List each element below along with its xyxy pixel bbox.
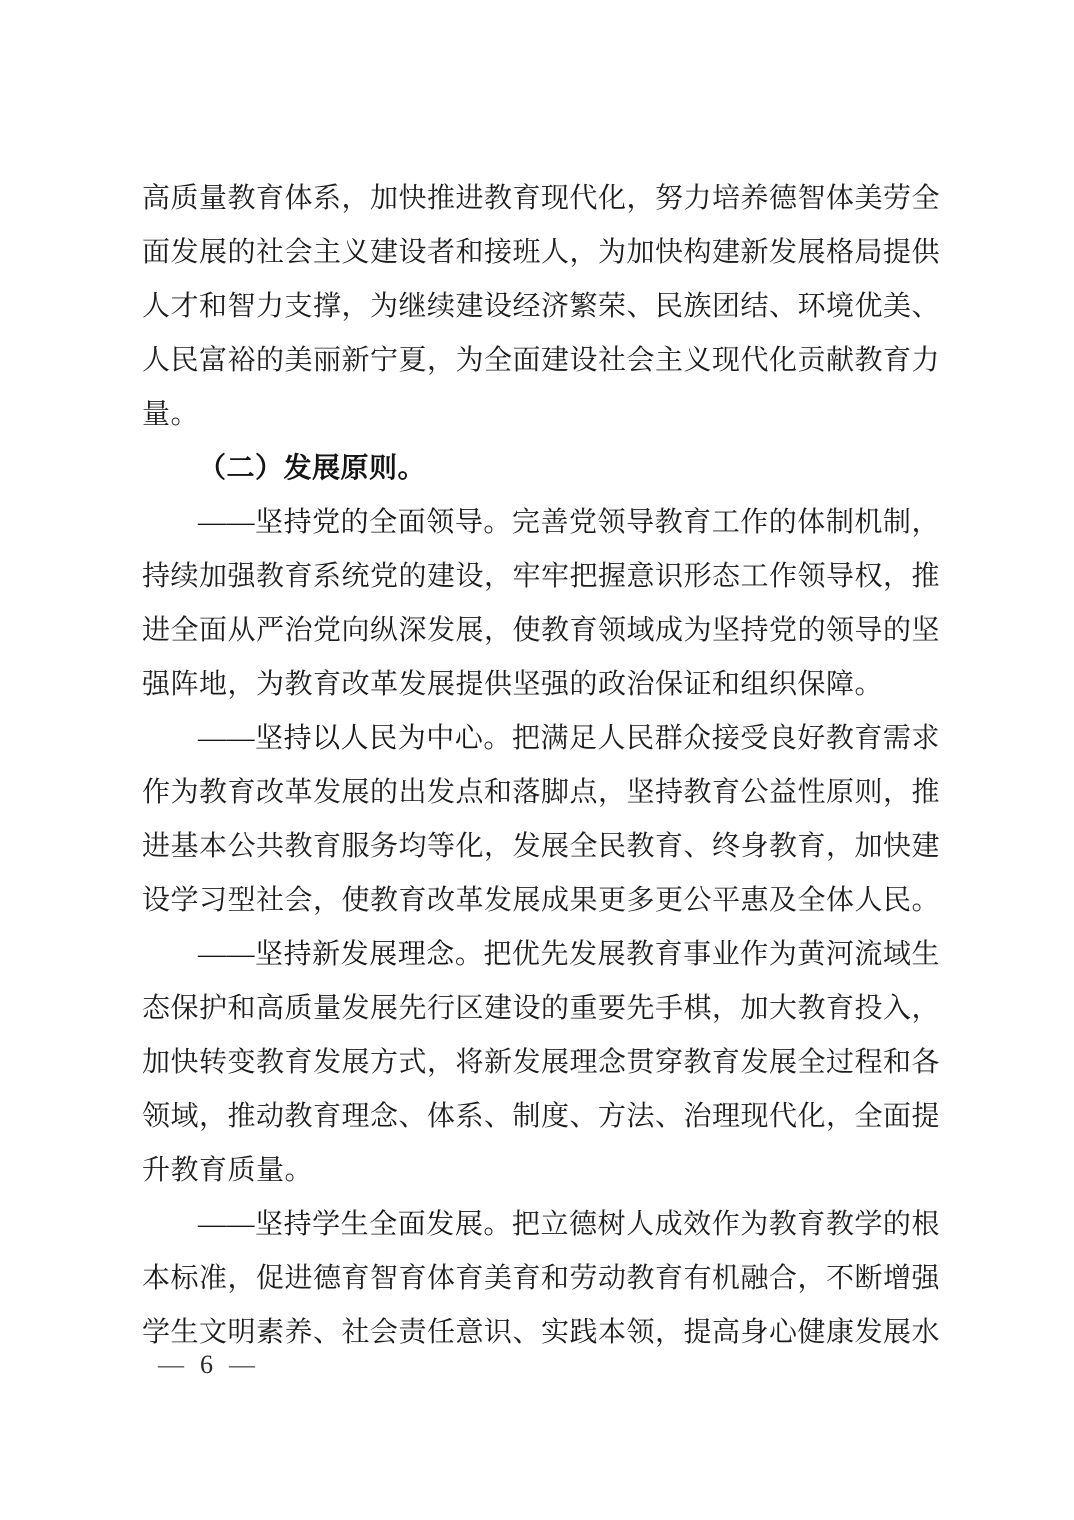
principle-paragraph-new-development-concept: ——坚持新发展理念。把优先发展教育事业作为黄河流域生态保护和高质量发展先行区建设…: [142, 928, 940, 1198]
principle-lead: ——坚持以人民为中心。: [198, 723, 512, 754]
paragraph-continuation: 高质量教育体系，加快推进教育现代化，努力培养德智体美劳全面发展的社会主义建设者和…: [142, 172, 940, 442]
principle-paragraph-student-development: ——坚持学生全面发展。把立德树人成效作为教育教学的根本标准，促进德育智育体育美育…: [142, 1198, 940, 1360]
page-footer: — 6 —: [158, 1348, 255, 1382]
section-heading: （二）发展原则。: [142, 442, 940, 496]
principle-text: 把优先发展教育事业作为黄河流域生态保护和高质量发展先行区建设的重要先手棋，加大教…: [142, 939, 940, 1186]
principle-lead: ——坚持新发展理念。: [198, 939, 483, 970]
principle-paragraph-people-centered: ——坚持以人民为中心。把满足人民群众接受良好教育需求作为教育改革发展的出发点和落…: [142, 712, 940, 928]
footer-dash-left: —: [158, 1348, 184, 1382]
document-body: 高质量教育体系，加快推进教育现代化，努力培养德智体美劳全面发展的社会主义建设者和…: [142, 172, 940, 1360]
document-page: 高质量教育体系，加快推进教育现代化，努力培养德智体美劳全面发展的社会主义建设者和…: [0, 0, 1074, 1520]
principle-lead: ——坚持学生全面发展。: [198, 1209, 512, 1240]
page-number: 6: [200, 1348, 213, 1382]
footer-dash-right: —: [229, 1348, 255, 1382]
principle-paragraph-party-leadership: ——坚持党的全面领导。完善党领导教育工作的体制机制，持续加强教育系统党的建设，牢…: [142, 496, 940, 712]
principle-lead: ——坚持党的全面领导。: [198, 507, 512, 538]
